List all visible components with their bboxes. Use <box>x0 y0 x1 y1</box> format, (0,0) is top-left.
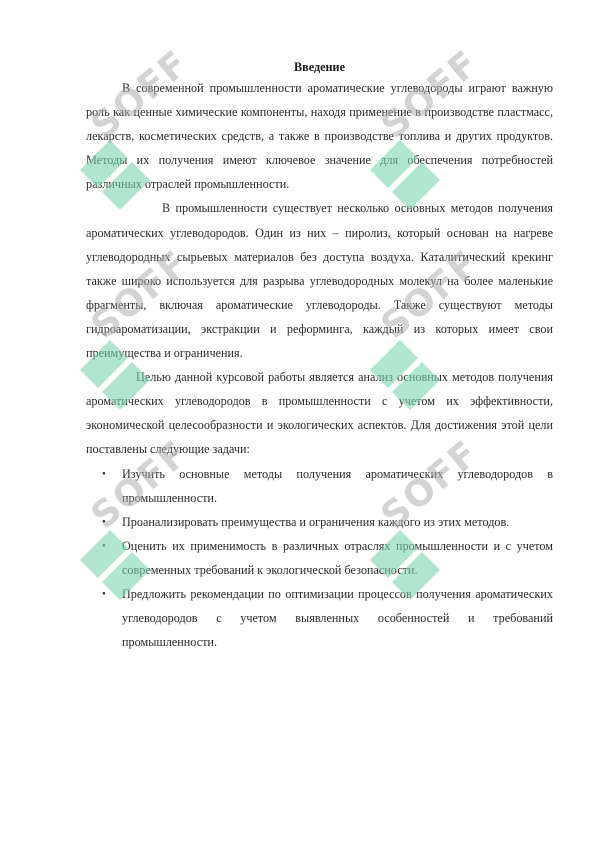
intro-paragraph: В современной промышленности ароматическ… <box>86 76 553 196</box>
list-item: • Проанализировать преимущества и ограни… <box>86 510 553 534</box>
bullet-icon: • <box>102 510 106 534</box>
document-body: Введение В современной промышленности ар… <box>86 57 553 654</box>
task-text: Изучить основные методы получения аромат… <box>122 467 553 505</box>
bullet-icon: • <box>102 534 106 558</box>
list-item: • Оценить их применимость в различных от… <box>86 534 553 582</box>
list-item: • Изучить основные методы получения аром… <box>86 462 553 510</box>
section-title: Введение <box>86 57 553 77</box>
task-text: Проанализировать преимущества и ограниче… <box>122 515 509 529</box>
list-item: • Предложить рекомендации по оптимизации… <box>86 582 553 654</box>
task-text: Оценить их применимость в различных отра… <box>122 539 553 577</box>
tasks-list: • Изучить основные методы получения аром… <box>86 462 553 655</box>
goal-paragraph: Целью данной курсовой работы является ан… <box>86 365 553 461</box>
bullet-icon: • <box>102 462 106 486</box>
methods-paragraph: В промышленности существует несколько ос… <box>86 196 553 365</box>
bullet-icon: • <box>102 582 106 606</box>
document-page: Введение В современной промышленности ар… <box>0 0 596 842</box>
task-text: Предложить рекомендации по оптимизации п… <box>122 587 553 649</box>
